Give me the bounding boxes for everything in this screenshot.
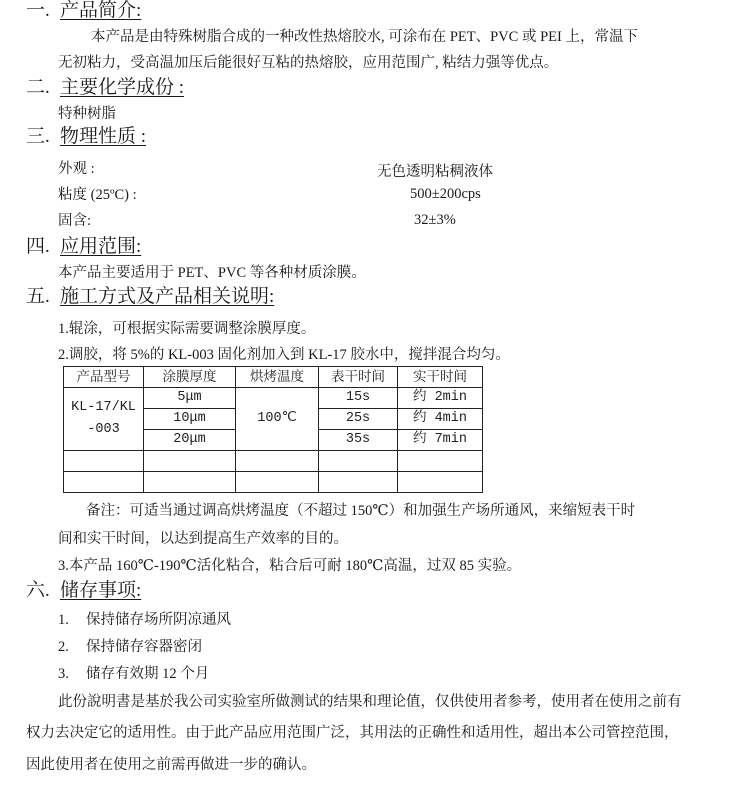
step-1: 1.辊涂，可根据实际需要调整涂膜厚度。	[58, 320, 315, 338]
section-title: 物理性质 :	[60, 126, 146, 147]
property-label-appearance: 外观 :	[58, 160, 95, 178]
storage-item-number: 3.	[58, 665, 86, 683]
storage-item: 1.保持储存场所阴凉通风	[58, 611, 231, 629]
section-heading-1: 一.产品简介:	[26, 0, 141, 22]
storage-item-text: 保持储存容器密闭	[86, 639, 202, 655]
property-label-viscosity: 粘度 (25ºC) :	[58, 186, 137, 204]
section-number: 五.	[26, 286, 60, 308]
section-title: 储存事项:	[60, 580, 141, 601]
model-line-1: KL-17/KL	[64, 397, 143, 419]
property-value-appearance: 无色透明粘稠液体	[377, 160, 493, 181]
header-thickness: 涂膜厚度	[144, 367, 236, 388]
intro-line-1: 本产品是由特殊树脂合成的一种改性热熔胶水, 可涂布在 PET、PVC 或 PEI…	[91, 28, 638, 46]
spec-table: 产品型号 涂膜厚度 烘烤温度 表干时间 实干时间 KL-17/KL -003 5…	[63, 366, 483, 493]
section-title: 施工方式及产品相关说明:	[60, 286, 274, 307]
cell-model: KL-17/KL -003	[64, 388, 144, 451]
table-row: KL-17/KL -003 5μm 100℃ 15s 约 2min	[64, 388, 483, 409]
property-value-solids: 32±3%	[414, 212, 456, 229]
storage-item-text: 保持储存场所阴凉通风	[86, 612, 231, 628]
intro-line-2: 无初粘力，受高温加压后能很好互粘的热熔胶，应用范围广, 粘结力强等优点。	[58, 54, 558, 72]
section-heading-5: 五.施工方式及产品相关说明:	[26, 286, 274, 308]
composition-text: 特种树脂	[58, 105, 116, 123]
cell-surface-dry: 15s	[319, 388, 398, 409]
note-line-2: 间和实干时间，以达到提高生产效率的目的。	[58, 530, 348, 548]
storage-item: 3.储存有效期 12 个月	[58, 665, 209, 683]
section-title: 应用范围:	[60, 236, 141, 257]
section-number: 六.	[26, 580, 60, 602]
empty-cell	[236, 472, 319, 493]
section-title: 产品简介:	[60, 0, 141, 21]
cell-full-dry: 约 7min	[398, 430, 483, 451]
header-full-dry: 实干时间	[398, 367, 483, 388]
section-number: 四.	[26, 236, 60, 258]
section-number: 一.	[26, 0, 60, 22]
header-surface-dry: 表干时间	[319, 367, 398, 388]
property-label-solids: 固含:	[58, 212, 91, 230]
model-line-2: -003	[64, 419, 143, 441]
storage-item: 2.保持储存容器密闭	[58, 638, 202, 656]
cell-thickness: 10μm	[144, 409, 236, 430]
property-value-viscosity: 500±200cps	[410, 186, 481, 203]
empty-cell	[398, 472, 483, 493]
step-3: 3.本产品 160℃-190℃活化粘合，粘合后可耐 180℃高温，过双 85 实…	[58, 557, 521, 575]
cell-full-dry: 约 2min	[398, 388, 483, 409]
storage-item-number: 2.	[58, 638, 86, 656]
storage-item-text: 储存有效期 12 个月	[86, 666, 209, 682]
section-heading-6: 六.储存事项:	[26, 580, 141, 602]
step-2: 2.调胶，将 5%的 KL-003 固化剂加入到 KL-17 胶水中，搅拌混合均…	[58, 346, 510, 364]
empty-cell	[236, 451, 319, 472]
section-title: 主要化学成份 :	[60, 77, 184, 98]
application-text: 本产品主要适用于 PET、PVC 等各种材质涂膜。	[58, 264, 366, 282]
empty-cell	[398, 451, 483, 472]
table-row-empty	[64, 451, 483, 472]
header-model: 产品型号	[64, 367, 144, 388]
section-heading-3: 三.物理性质 :	[26, 126, 146, 148]
disclaimer-line-2: 权力去决定它的适用性。由于此产品应用范围广泛，其用法的正确性和适用性，超出本公司…	[26, 724, 679, 742]
empty-cell	[319, 472, 398, 493]
cell-thickness: 5μm	[144, 388, 236, 409]
disclaimer-line-3: 因此使用者在使用之前需再做进一步的确认。	[26, 756, 316, 774]
cell-thickness: 20μm	[144, 430, 236, 451]
section-heading-2: 二.主要化学成份 :	[26, 77, 184, 99]
section-number: 三.	[26, 126, 60, 148]
section-number: 二.	[26, 77, 60, 99]
empty-cell	[64, 451, 144, 472]
cell-surface-dry: 35s	[319, 430, 398, 451]
header-bake-temp: 烘烤温度	[236, 367, 319, 388]
table-header-row: 产品型号 涂膜厚度 烘烤温度 表干时间 实干时间	[64, 367, 483, 388]
table-row-empty	[64, 472, 483, 493]
note-line-1: 备注：可适当通过调高烘烤温度（不超过 150℃）和加强生产场所通风，来缩短表干时	[86, 502, 635, 520]
cell-surface-dry: 25s	[319, 409, 398, 430]
empty-cell	[144, 472, 236, 493]
section-heading-4: 四.应用范围:	[26, 236, 141, 258]
disclaimer-line-1: 此份說明書是基於我公司实验室所做测试的结果和理论值，仅供使用者参考，使用者在使用…	[58, 693, 682, 711]
empty-cell	[319, 451, 398, 472]
empty-cell	[144, 451, 236, 472]
cell-full-dry: 约 4min	[398, 409, 483, 430]
empty-cell	[64, 472, 144, 493]
storage-item-number: 1.	[58, 611, 86, 629]
cell-temperature: 100℃	[236, 388, 319, 451]
